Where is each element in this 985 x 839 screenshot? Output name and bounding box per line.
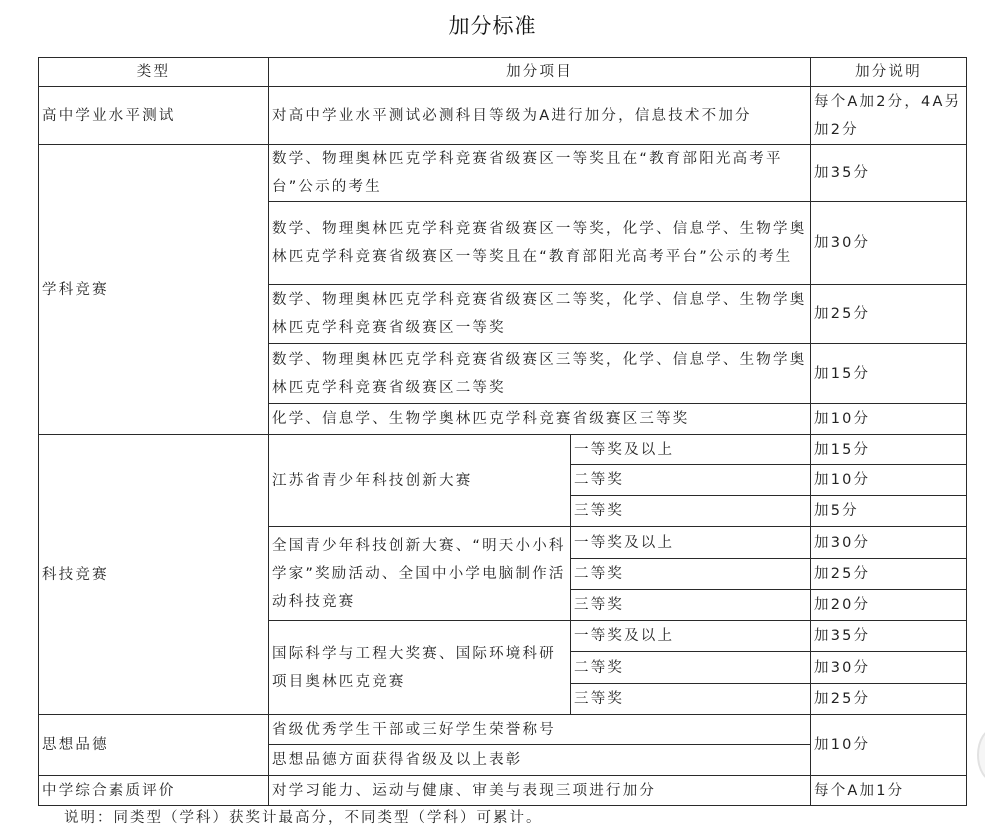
table-row: 高中学业水平测试 对高中学业水平测试必测科目等级为A进行加分，信息技术不加分 每… — [39, 87, 967, 145]
type-cell: 学科竞赛 — [39, 145, 269, 435]
points-cell: 加25分 — [811, 684, 967, 715]
level-cell: 一等奖及以上 — [571, 621, 811, 652]
competition-cell: 江苏省青少年科技创新大赛 — [269, 435, 571, 527]
table-row: 思想品德 省级优秀学生干部或三好学生荣誉称号 加10分 — [39, 715, 967, 745]
points-cell: 加25分 — [811, 285, 967, 344]
header-item: 加分项目 — [269, 58, 811, 87]
item-cell: 思想品德方面获得省级及以上表彰 — [269, 745, 811, 776]
points-cell: 加35分 — [811, 621, 967, 652]
points-cell: 加35分 — [811, 145, 967, 202]
item-cell: 对学习能力、运动与健康、审美与表现三项进行加分 — [269, 776, 811, 806]
item-cell: 化学、信息学、生物学奥林匹克学科竞赛省级赛区三等奖 — [269, 404, 811, 435]
points-cell: 加20分 — [811, 590, 967, 621]
points-cell: 加10分 — [811, 465, 967, 496]
page-title: 加分标准 — [0, 10, 985, 40]
competition-cell: 全国青少年科技创新大赛、“明天小小科学家”奖励活动、全国中小学电脑制作活动科技竞… — [269, 527, 571, 621]
level-cell: 一等奖及以上 — [571, 435, 811, 465]
item-cell: 省级优秀学生干部或三好学生荣誉称号 — [269, 715, 811, 745]
level-cell: 二等奖 — [571, 465, 811, 496]
bonus-criteria-table: 类型 加分项目 加分说明 高中学业水平测试 对高中学业水平测试必测科目等级为A进… — [38, 57, 967, 806]
type-cell: 科技竞赛 — [39, 435, 269, 715]
table-row: 中学综合素质评价 对学习能力、运动与健康、审美与表现三项进行加分 每个A加1分 — [39, 776, 967, 806]
item-cell: 对高中学业水平测试必测科目等级为A进行加分，信息技术不加分 — [269, 87, 811, 145]
item-cell: 数学、物理奥林匹克学科竞赛省级赛区三等奖，化学、信息学、生物学奥林匹克学科竞赛省… — [269, 344, 811, 404]
item-cell: 数学、物理奥林匹克学科竞赛省级赛区二等奖，化学、信息学、生物学奥林匹克学科竞赛省… — [269, 285, 811, 344]
footnote: 说明：同类型（学科）获奖计最高分，不同类型（学科）可累计。 — [64, 806, 543, 827]
points-cell: 加10分 — [811, 715, 967, 776]
item-cell: 数学、物理奥林匹克学科竞赛省级赛区一等奖，化学、信息学、生物学奥林匹克学科竞赛省… — [269, 202, 811, 285]
type-cell: 中学综合素质评价 — [39, 776, 269, 806]
table-header-row: 类型 加分项目 加分说明 — [39, 58, 967, 87]
level-cell: 二等奖 — [571, 652, 811, 684]
edge-circle-artifact — [977, 728, 985, 782]
header-type: 类型 — [39, 58, 269, 87]
points-cell: 加5分 — [811, 496, 967, 527]
points-cell: 每个A加1分 — [811, 776, 967, 806]
level-cell: 一等奖及以上 — [571, 527, 811, 559]
points-cell: 加10分 — [811, 404, 967, 435]
header-points: 加分说明 — [811, 58, 967, 87]
points-cell: 每个A加2分，4A另加2分 — [811, 87, 967, 145]
points-cell: 加30分 — [811, 527, 967, 559]
level-cell: 三等奖 — [571, 590, 811, 621]
table-row: 学科竞赛 数学、物理奥林匹克学科竞赛省级赛区一等奖且在“教育部阳光高考平台”公示… — [39, 145, 967, 202]
points-cell: 加15分 — [811, 344, 967, 404]
item-cell: 数学、物理奥林匹克学科竞赛省级赛区一等奖且在“教育部阳光高考平台”公示的考生 — [269, 145, 811, 202]
points-cell: 加30分 — [811, 652, 967, 684]
table-row: 科技竞赛 江苏省青少年科技创新大赛 一等奖及以上 加15分 — [39, 435, 967, 465]
type-cell: 高中学业水平测试 — [39, 87, 269, 145]
level-cell: 二等奖 — [571, 559, 811, 590]
level-cell: 三等奖 — [571, 684, 811, 715]
competition-cell: 国际科学与工程大奖赛、国际环境科研项目奥林匹克竞赛 — [269, 621, 571, 715]
level-cell: 三等奖 — [571, 496, 811, 527]
points-cell: 加15分 — [811, 435, 967, 465]
points-cell: 加25分 — [811, 559, 967, 590]
points-cell: 加30分 — [811, 202, 967, 285]
type-cell: 思想品德 — [39, 715, 269, 776]
